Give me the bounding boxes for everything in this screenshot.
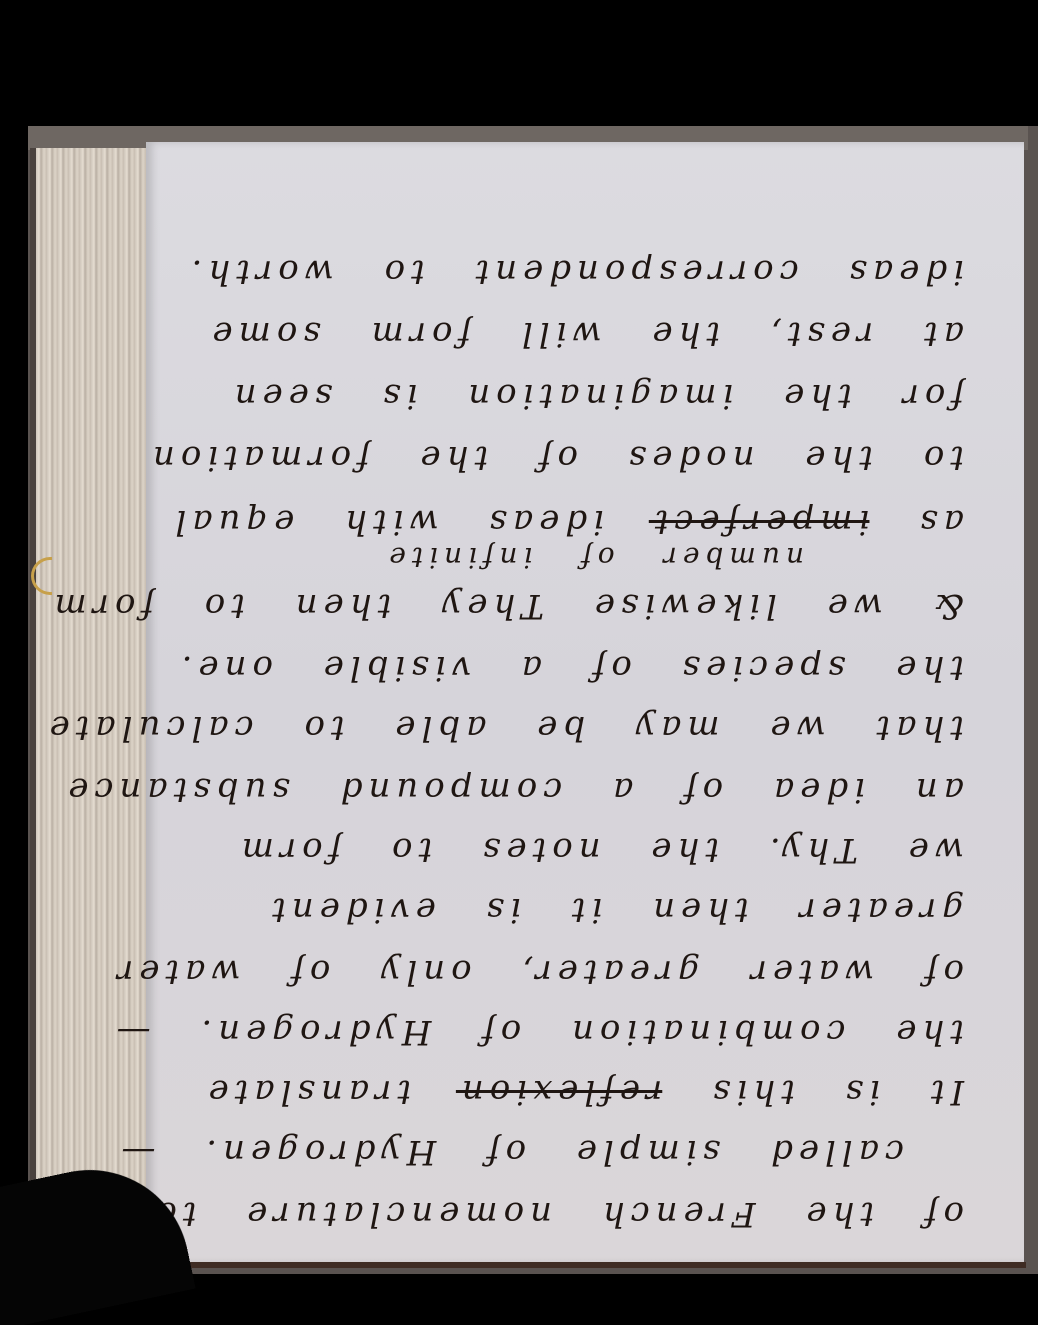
text-line: of water greater, only of water [111, 952, 964, 992]
manuscript-page: of the French nomenclature to be called … [146, 142, 1024, 1264]
struck-word: imperfect [649, 502, 870, 542]
text-line: It is this reflexion translate [203, 1072, 964, 1112]
text-line: we Thy. the notes to form [236, 830, 964, 870]
text-line: to the nodes of the formation [147, 438, 964, 478]
text-line: the combination of Hydrogen. — [111, 1012, 964, 1052]
line-text: as [914, 502, 964, 542]
line-text: translate [203, 1072, 411, 1112]
text-line: ideas correspondent to worth. [186, 252, 964, 292]
text-line: as imperfect ideas with equal [169, 502, 964, 542]
text-line: & we likewise They then to form [48, 586, 964, 626]
text-line: greater then it is evident [266, 890, 964, 930]
text-line: that we may be able to calculate [44, 708, 964, 748]
text-line: called simple of Hydrogen. — [116, 1132, 905, 1172]
text-line: the species of a visible one. [176, 648, 964, 688]
text-line: at rest, the will form some [207, 314, 965, 354]
struck-word: reflexion [456, 1072, 662, 1112]
text-line: of the French nomenclature to be [52, 1194, 964, 1234]
line-text: ideas with equal [169, 502, 604, 542]
insertion-line: number of infinite [383, 541, 804, 574]
line-text: It is this [707, 1072, 964, 1112]
upside-down-text-block: of the French nomenclature to be called … [146, 142, 1024, 1264]
text-line: for the imagination is seen [229, 376, 964, 416]
page-bottom-edge [146, 1262, 1026, 1268]
text-line: an idea of a compound substance [62, 770, 964, 810]
